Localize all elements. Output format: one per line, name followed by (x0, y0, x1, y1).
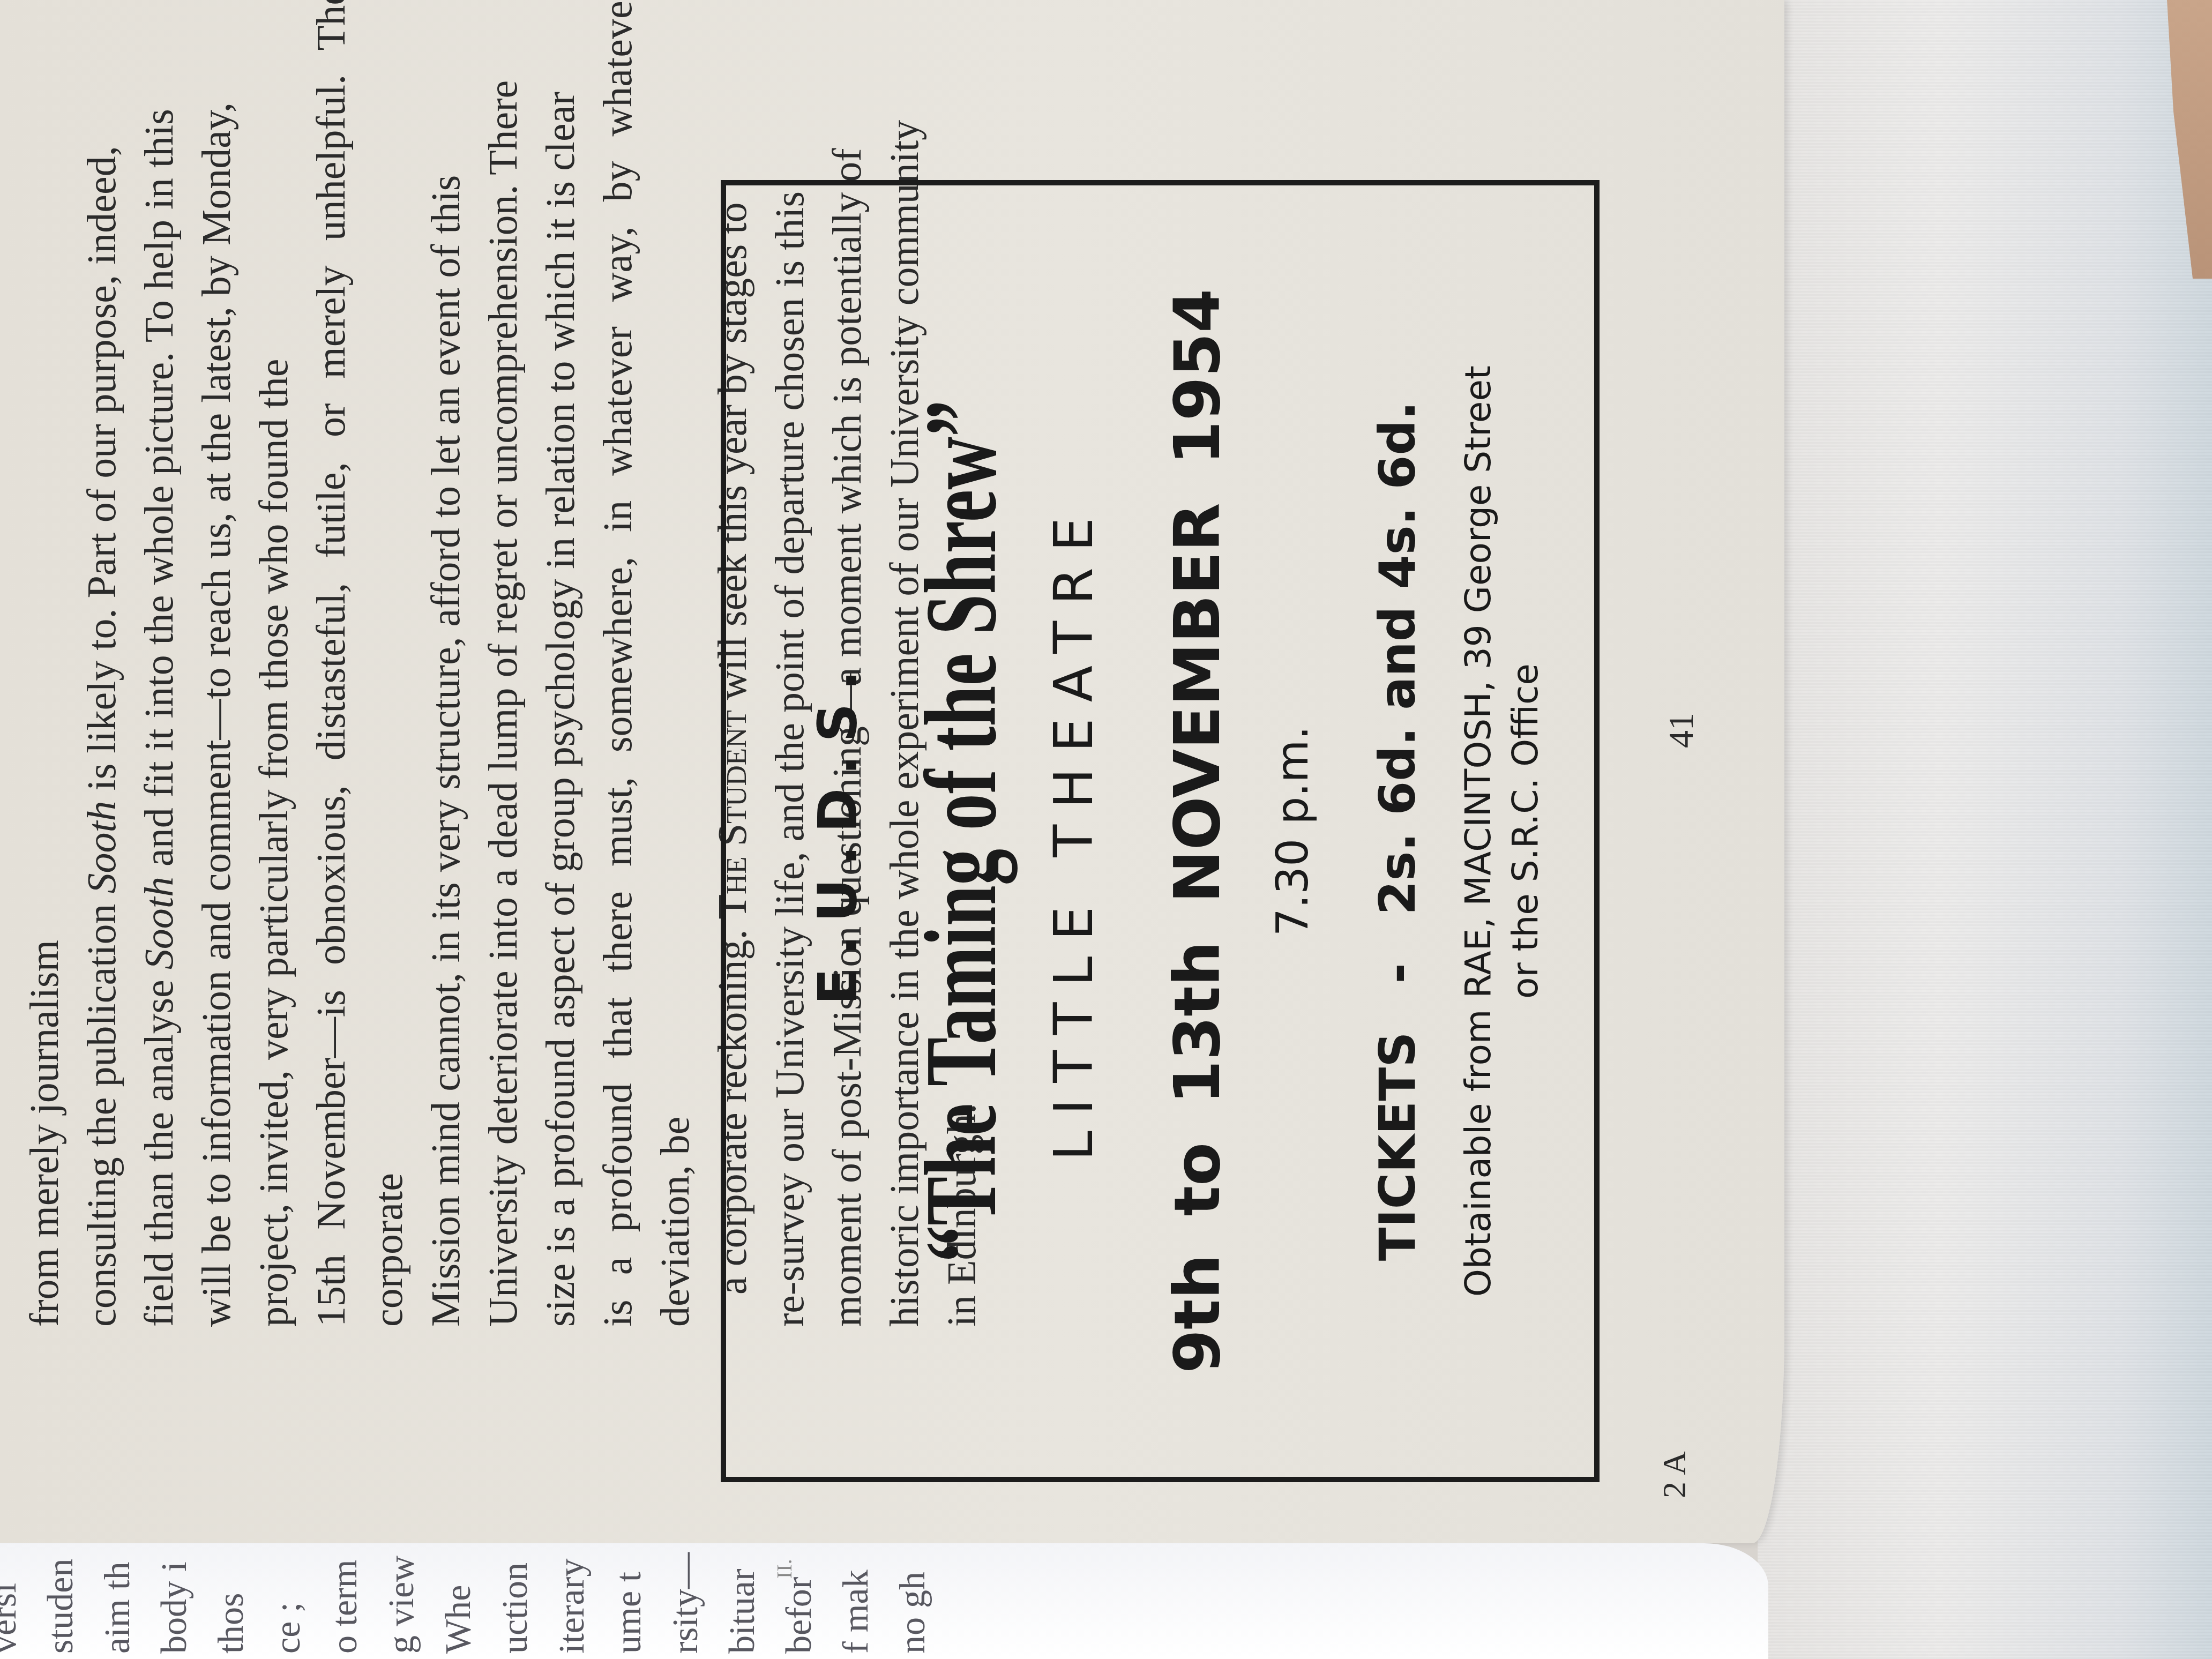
ad-dates: 9th to 13th NOVEMBER 1954 (1160, 185, 1234, 1477)
theatre-advertisement: E.U.D.S. “The Taming of the Shrew” LITTL… (721, 180, 1600, 1482)
article-line: size is a profound aspect of group psych… (532, 0, 589, 1327)
obtainable-line-2: or the S.R.C. Office (1502, 185, 1549, 1477)
page-number: 41 (1661, 713, 1702, 748)
tickets-label: TICKETS (1369, 1032, 1426, 1261)
signature-mark: 2 A (1656, 1451, 1694, 1498)
rotated-page-content: from merely journalism consulting the pu… (0, 0, 1784, 1659)
article-line: University deteriorate into a dead lump … (475, 0, 532, 1327)
article-line: is a profound that there must, somewhere… (589, 0, 704, 1327)
article-line: will be to information and comment—to re… (188, 0, 245, 1327)
article-line: project, invited, very particularly from… (245, 0, 303, 1327)
article-line: 15th November—is obnoxious, distasteful,… (303, 0, 417, 1327)
ad-venue: LITTLE THEATRE (1042, 185, 1105, 1477)
tickets-price: 2s. 6d. and 4s. 6d. (1369, 401, 1426, 915)
printer-mark: II. (772, 1559, 797, 1579)
ad-organisation: E.U.D.S. (806, 185, 869, 1477)
article-line: field than the analyse Sooth and fit it … (131, 0, 188, 1327)
background-cloth (1758, 0, 2212, 1659)
ad-time: 7.30 p.m. (1267, 185, 1318, 1477)
ad-play-title: “The Taming of the Shrew” (903, 366, 1020, 1296)
ad-tickets: TICKETS-2s. 6d. and 4s. 6d. (1369, 185, 1426, 1477)
article-line: consulting the publication Sooth is like… (73, 0, 131, 1327)
article-line: Mission mind cannot, in its very structu… (417, 0, 475, 1327)
article-line: from merely journalism (16, 0, 73, 1327)
obtainable-line-1: Obtainable from RAE, MACINTOSH, 39 Georg… (1455, 185, 1502, 1477)
ad-obtainable: Obtainable from RAE, MACINTOSH, 39 Georg… (1455, 185, 1549, 1477)
tickets-dash: - (1369, 963, 1426, 983)
